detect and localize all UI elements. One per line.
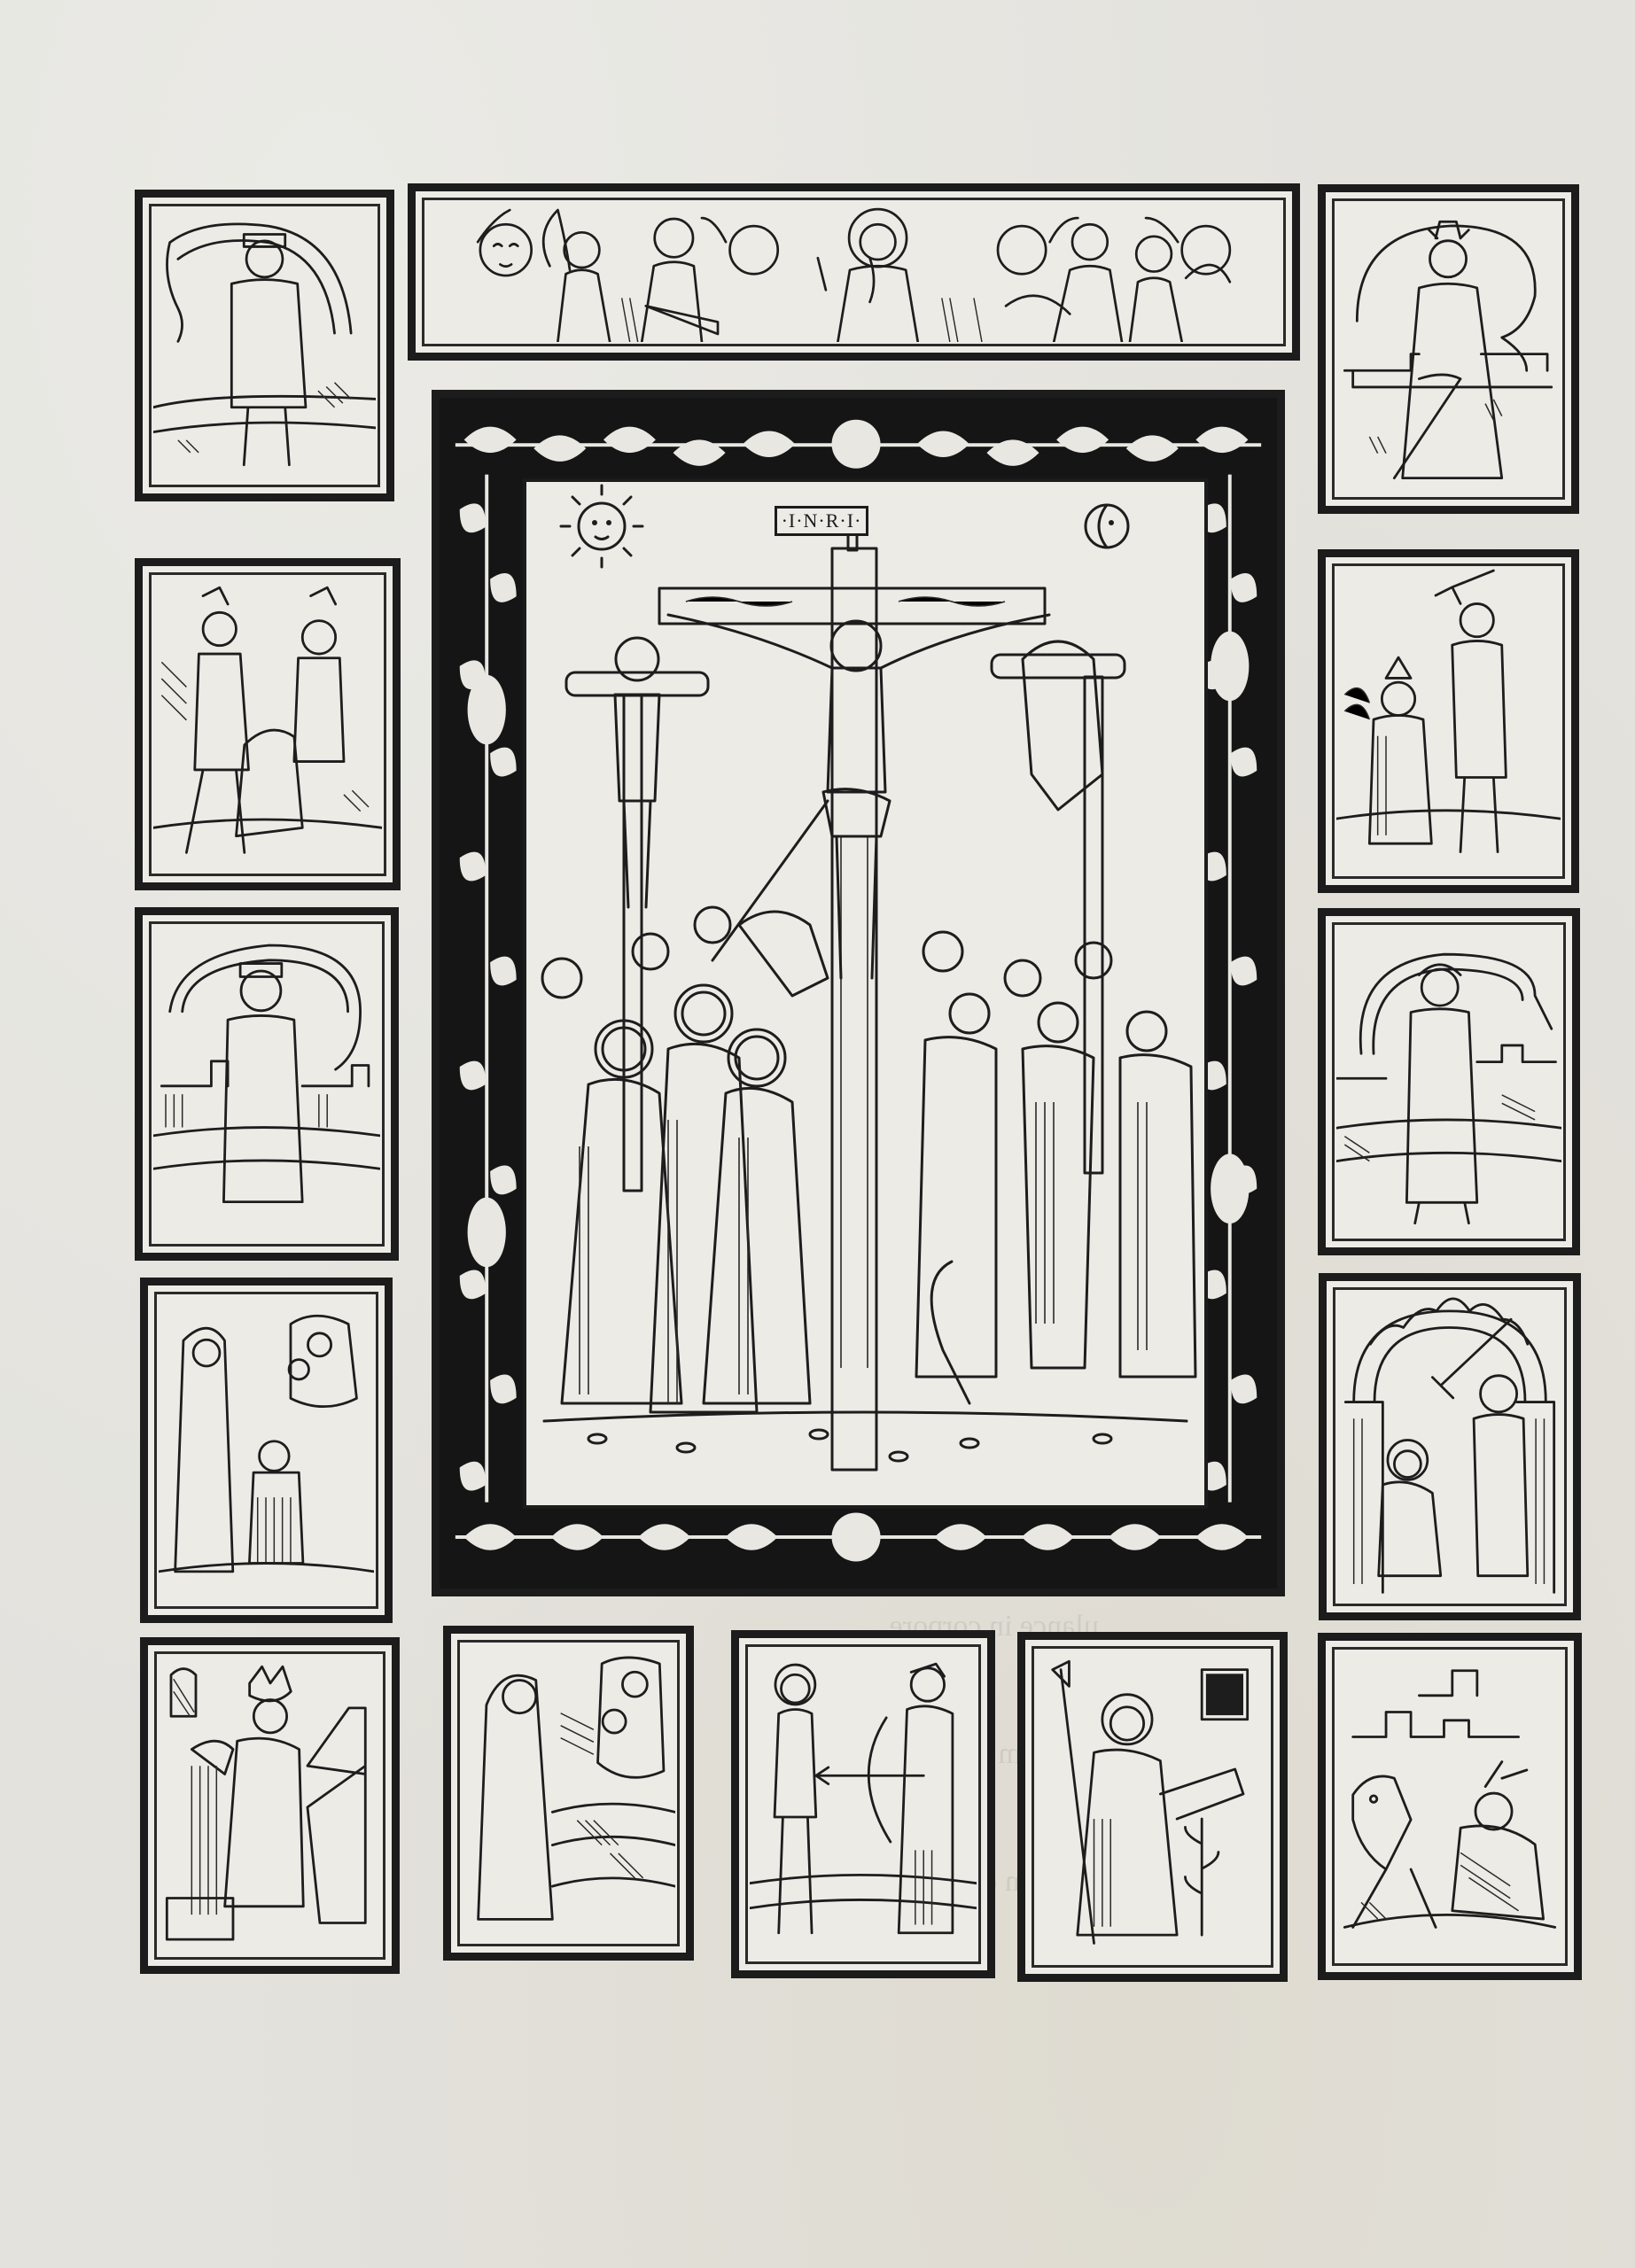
horse-head: [739, 912, 828, 996]
left-panel-1-prophet: [135, 190, 394, 501]
right-panel-5-conversion-paul: [1318, 1633, 1582, 1980]
left-panel-4-donor: [140, 1278, 393, 1623]
top-border-foliage: [455, 420, 1261, 469]
prophet-illustration: [153, 208, 376, 483]
stones: [588, 1430, 1111, 1461]
saint-vision-illustration: [462, 1644, 675, 1942]
martyrdom-illustration: [153, 577, 382, 872]
sebastian-archer-illustration: [750, 1649, 977, 1960]
right-panel-4-sword-martyrdom: [1319, 1273, 1581, 1620]
titulus-inri: ·I·N·R·I·: [775, 506, 868, 536]
bottom-panel-2-sebastian: [731, 1630, 995, 1978]
prophet-town-illustration: [153, 926, 380, 1242]
left-panel-5-bishop: [140, 1637, 400, 1974]
pope-martyrdom-illustration: [1336, 568, 1561, 874]
king-sword-illustration: [1336, 203, 1561, 495]
crucifixion-scene: [523, 478, 1208, 1509]
bad-thief-figure: [992, 641, 1125, 1173]
book-page: cui autem non est pro: ritualiter illum.…: [0, 0, 1635, 2268]
ground-line: [544, 1412, 1187, 1421]
angel-figure: [1130, 237, 1230, 342]
angel-figure: [642, 219, 718, 342]
bottom-panel-3-evangelist: [1017, 1632, 1288, 1982]
evangelist-axe-illustration: [1036, 1651, 1269, 1963]
top-panel-angels: [408, 183, 1300, 361]
angel-figure: [543, 210, 610, 342]
prophet-landscape-illustration: [1336, 927, 1561, 1237]
conversion-illustration: [1336, 1651, 1563, 1961]
left-panel-3-prophet: [135, 907, 399, 1261]
moon-face-icon: [1086, 505, 1128, 548]
spear: [712, 801, 828, 960]
left-border-foliage: [460, 475, 517, 1503]
right-panel-3-prophet: [1318, 908, 1580, 1255]
right-panel-1-king: [1318, 184, 1579, 514]
angel-figure: [1006, 224, 1122, 342]
soldiers-group: [916, 932, 1195, 1403]
sword-martyrdom-illustration: [1337, 1292, 1562, 1602]
mourning-women-group: [542, 907, 810, 1412]
sun-face-icon: [561, 485, 642, 567]
christ-figure: [818, 209, 918, 342]
bishop-writing-illustration: [159, 1656, 381, 1955]
right-border-foliage: [1200, 475, 1257, 1503]
crucifixion-illustration: [526, 482, 1204, 1505]
left-panel-2-martyrdom: [135, 558, 401, 890]
angels-illustration: [426, 202, 1281, 342]
donor-vision-illustration: [159, 1296, 374, 1604]
bottom-panel-1-vision: [443, 1626, 694, 1961]
right-panel-2-pope-martyrdom: [1318, 549, 1579, 893]
bottom-border-foliage: [455, 1512, 1261, 1561]
